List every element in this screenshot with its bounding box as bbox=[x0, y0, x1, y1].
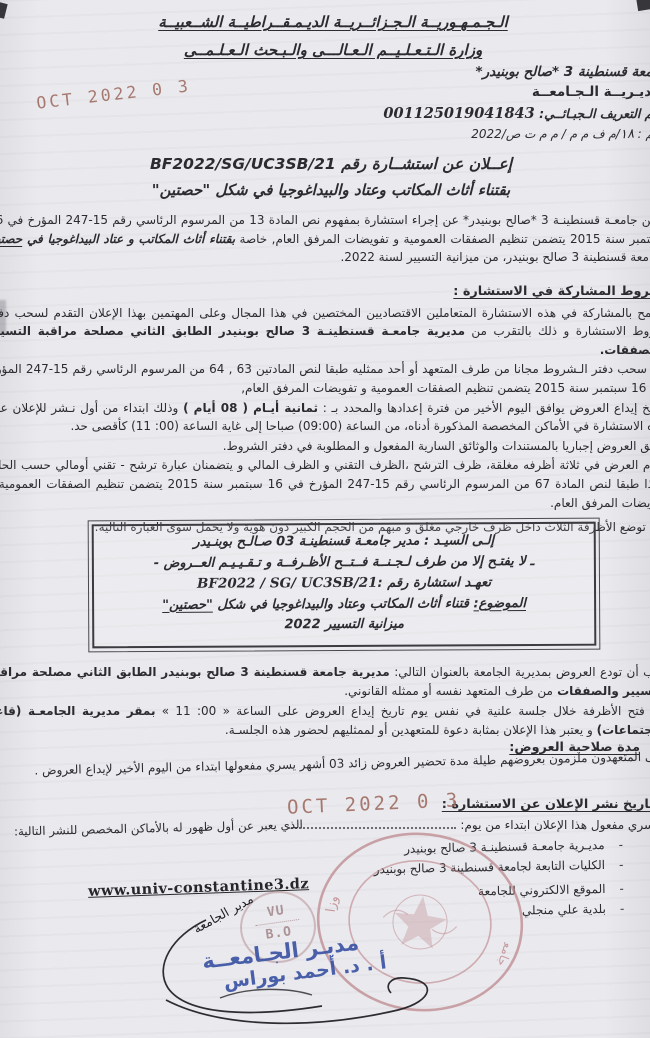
publication-continuation: الذي يعبر عن أول ظهور له بالأماكن المخصص… bbox=[14, 817, 303, 838]
date-stamp-top: 3 0 OCT 2022 bbox=[35, 76, 191, 112]
conditions-paragraph-5: يقدم العرض في ثلاثة أظرفه مغلقة، ظرف الت… bbox=[0, 456, 650, 512]
scan-artifact-top-left bbox=[0, 2, 8, 18]
deposit-paragraph-1: يجب أن تودع العروض بمديرية الجامعة بالعن… bbox=[0, 663, 650, 700]
scanned-document-page: الـجـمـهـوريــة الـجـزائــريــة الديـمـق… bbox=[0, 0, 650, 1038]
announcement-title-line1: إعــلان عن استشــارة رقم BF2022/SG/UC3SB… bbox=[6, 155, 650, 173]
lot-word-underlined: حصتين bbox=[0, 232, 22, 246]
announcement-title-line2: بقتناء أثاث المكاتب وعتاد والبيداغوجيا ف… bbox=[6, 181, 650, 199]
envelope-addressee: إلـى السيـد : مدير جامعـة قسنطينـة 03 صـ… bbox=[104, 531, 584, 554]
directorate-name: مـديـريــة الـجـامعــة bbox=[435, 83, 650, 102]
dash-bullet: - bbox=[620, 880, 625, 900]
handwritten-signature bbox=[150, 916, 462, 1036]
envelope-budget-year: ميزانية التسيير 2022 bbox=[104, 614, 584, 637]
conditions-section: شروط المشاركة في الاستشارة : يسمح بالمشا… bbox=[0, 283, 650, 538]
reference-number-line: رقم : ١٨/م ف م م / م م ت ص/2022 bbox=[383, 125, 650, 144]
dash-bullet: - bbox=[620, 899, 625, 919]
conditions-paragraph-4: ترفق العروض إجباريا بالمستندات والوثائق … bbox=[0, 437, 650, 456]
header-republic: الـجـمـهـوريــة الـجـزائــريــة الديـمـق… bbox=[8, 13, 650, 31]
tax-id-line: رقم التعريف الـجبـائــي: 001125019041843 bbox=[383, 104, 650, 123]
scan-artifact-top-right bbox=[636, 0, 650, 11]
date-stamp-middle: 3 0 OCT 2022 bbox=[287, 789, 461, 819]
envelope-do-not-open: ـ لا يفتـح إلا من طرف لـجـنــة فــتــح ا… bbox=[104, 551, 584, 574]
intro-paragraph: تعلن جامعـة قسنطينـة 3 *صالح بوبنيدر* عن… bbox=[0, 211, 650, 267]
dash-bullet: - bbox=[619, 836, 624, 856]
conditions-paragraph-3: تاريخ إيداع العروض يوافق اليوم الأخير من… bbox=[0, 399, 650, 436]
university-name: جامعة قسنطينة 3 *صالح بوبنيدر* bbox=[383, 63, 650, 82]
envelope-consultation-ref: تعهـد استشارة رقم :BF2022 / SG/ UC3SB/21 bbox=[104, 572, 584, 596]
conditions-paragraph-1: يسمح بالمشاركة في هذه الاستشارة المتعامل… bbox=[0, 304, 650, 360]
tax-id-value: 001125019041843 bbox=[383, 105, 534, 122]
conditions-paragraph-2: يتم سحب دفتر الـشروط مجانا من طرف المتعه… bbox=[0, 360, 650, 397]
publication-heading: تاريخ نشر الإعلان عن الاستشارة : bbox=[442, 797, 650, 812]
validity-paragraph: يبقى المتعهدون ملزمون بعروضهم طيلة مدة ت… bbox=[0, 749, 650, 779]
conditions-heading: شروط المشاركة في الاستشارة : bbox=[0, 283, 650, 302]
dash-bullet: - bbox=[619, 855, 624, 875]
consultation-ref-value: BF2022 / SG/ UC3SB/21 bbox=[197, 575, 378, 592]
envelope-subject: الموضوع: قتناء أثاث المكاتب وعتاد والبيد… bbox=[104, 593, 584, 616]
header-ministry: وزارة الـتـعـلـيــم الـعـالـــى والـبـحث… bbox=[8, 41, 650, 59]
envelope-label-box: إلـى السيـد : مدير جامعـة قسنطينـة 03 صـ… bbox=[92, 522, 597, 648]
deposit-section: يجب أن تودع العروض بمديرية الجامعة بالعن… bbox=[0, 663, 650, 741]
deposit-paragraph-2: يتم فتح الأظرفة خلال جلسة علنية في نفس ي… bbox=[0, 702, 650, 739]
header-identity-block: جامعة قسنطينة 3 *صالح بوبنيدر* مـديـريــ… bbox=[383, 63, 650, 144]
handwritten-ref-number: ١٨ bbox=[619, 125, 634, 145]
